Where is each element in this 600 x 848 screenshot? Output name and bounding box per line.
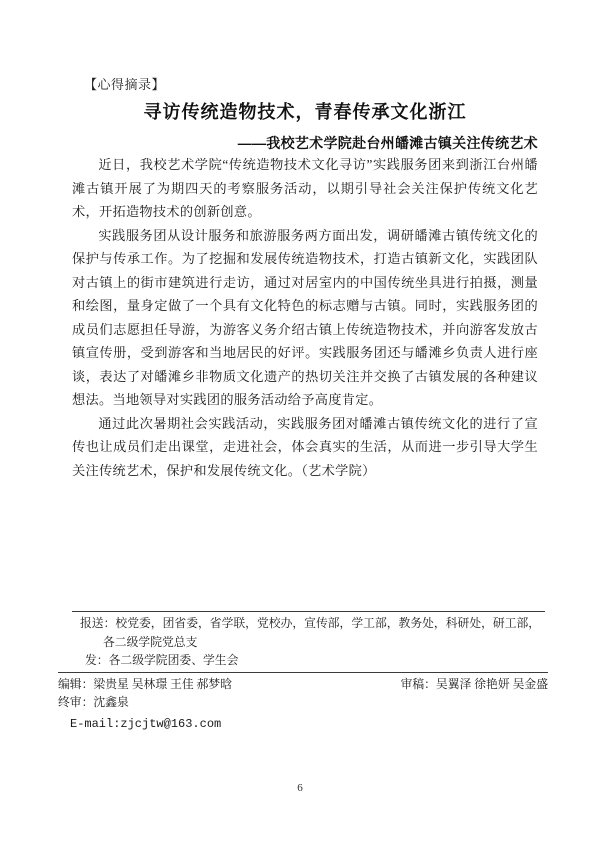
final-review-label: 终审： (58, 695, 93, 709)
reviewers-label: 审稿： (401, 677, 436, 691)
page-number: 6 (0, 782, 600, 794)
report-to-label: 报送： (80, 616, 115, 630)
paragraph-2: 实践服务团从设计服务和旅游服务两方面出发，调研皤滩古镇传统文化的保护与传承工作。… (72, 224, 538, 412)
report-to-row-continued: 各二级学院党总支 (58, 633, 548, 652)
send-to-row: 发：各二级学院团委、学生会 (58, 651, 548, 670)
bulletin-footer: 报送：校党委，团省委，省学联，党校办，宣传部，学工部，教务处，科研处，研工部， … (58, 611, 548, 734)
page-subtitle: ——我校艺术学院赴台州皤滩古镇关注传统艺术 (72, 133, 538, 153)
final-review-name: 沈鑫泉 (93, 695, 128, 709)
reviewers-names: 吴翼泽 徐艳妍 吴金盛 (436, 677, 548, 691)
send-to-list: 各二级学院团委、学生会 (109, 653, 239, 667)
page-title: 寻访传统造物技术，青春传承文化浙江 (72, 98, 538, 124)
section-label: 【心得摘录】 (84, 74, 165, 93)
footer-divider-mid (58, 672, 548, 673)
reviewers-group: 审稿：吴翼泽 徐艳妍 吴金盛 (401, 675, 548, 694)
final-review-row: 终审：沈鑫泉 (58, 693, 548, 712)
document-page: 【心得摘录】 寻访传统造物技术，青春传承文化浙江 ——我校艺术学院赴台州皤滩古镇… (0, 0, 600, 848)
editors-label: 编辑： (58, 677, 93, 691)
editors-row: 编辑：梁贵星 吴林璟 王佳 郝梦晗 审稿：吴翼泽 徐艳妍 吴金盛 (58, 675, 548, 694)
paragraph-1: 近日，我校艺术学院“传统造物技术文化寻访”实践服务团来到浙江台州皤滩古镇开展了为… (72, 153, 538, 224)
send-to-label: 发： (85, 653, 109, 667)
article-body: 近日，我校艺术学院“传统造物技术文化寻访”实践服务团来到浙江台州皤滩古镇开展了为… (72, 153, 538, 482)
paragraph-3: 通过此次暑期社会实践活动，实践服务团对皤滩古镇传统文化的进行了宣传也让成员们走出… (72, 412, 538, 483)
report-to-row: 报送：校党委，团省委，省学联，党校办，宣传部，学工部，教务处，科研处，研工部， (58, 614, 548, 633)
footer-divider-top (72, 611, 545, 612)
email-address: E-mail:zjcjtw@163.com (70, 717, 221, 731)
editors-group: 编辑：梁贵星 吴林璟 王佳 郝梦晗 (58, 675, 232, 694)
report-to-list: 校党委，团省委，省学联，党校办，宣传部，学工部，教务处，科研处，研工部， (115, 616, 540, 630)
editors-names: 梁贵星 吴林璟 王佳 郝梦晗 (93, 677, 232, 691)
email-row: E-mail:zjcjtw@163.com (58, 715, 548, 734)
report-to-list-continued: 各二级学院党总支 (103, 635, 197, 649)
